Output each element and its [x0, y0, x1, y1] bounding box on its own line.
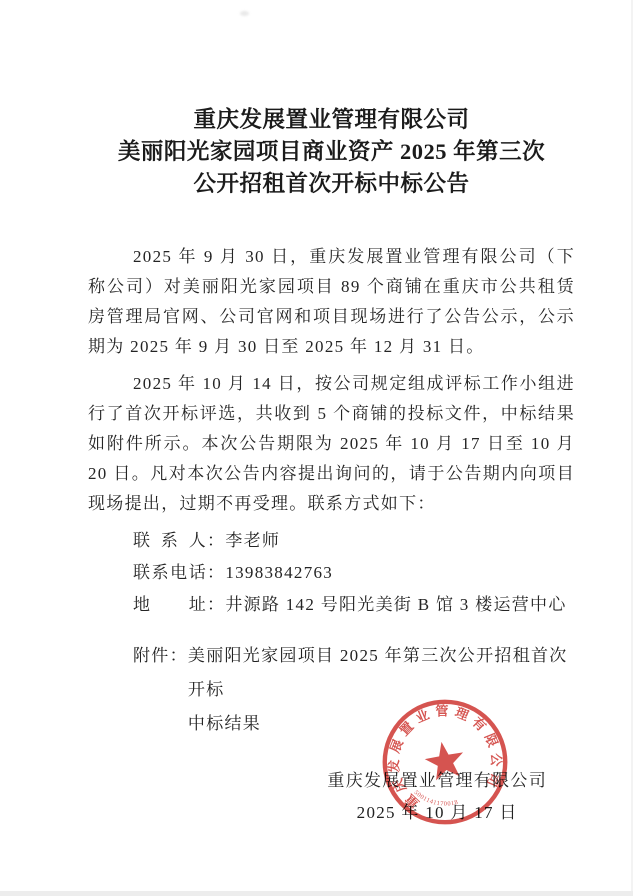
signature-date: 2025 年 10 月 17 日	[327, 797, 547, 829]
contact-phone-row: 联系电话：13983842763	[133, 557, 575, 589]
document-page: 重庆发展置业管理有限公司 美丽阳光家园项目商业资产 2025 年第三次 公开招租…	[0, 0, 633, 896]
contact-phone-value: 13983842763	[225, 563, 333, 582]
signature-company: 重庆发展置业管理有限公司	[327, 765, 547, 797]
attachment-section: 附件： 美丽阳光家园项目 2025 年第三次公开招租首次开标 中标结果	[133, 639, 575, 741]
contact-person-separator: ：	[207, 531, 225, 550]
contact-address-row: 地址：井源路 142 号阳光美街 B 馆 3 楼运营中心	[133, 589, 575, 621]
attachment-label: 附件：	[133, 639, 188, 741]
signature-block: 重庆发展置业管理有限公司 2025 年 10 月 17 日	[327, 765, 547, 829]
title-line-1: 重庆发展置业管理有限公司	[88, 104, 575, 136]
contact-address-value: 井源路 142 号阳光美街 B 馆 3 楼运营中心	[225, 595, 566, 614]
document-content: 重庆发展置业管理有限公司 美丽阳光家园项目商业资产 2025 年第三次 公开招租…	[0, 0, 633, 829]
attachment-line-1: 美丽阳光家园项目 2025 年第三次公开招租首次开标	[188, 646, 568, 699]
attachment-text: 美丽阳光家园项目 2025 年第三次公开招租首次开标 中标结果	[188, 639, 575, 741]
contact-person-row: 联系人：李老师	[133, 525, 575, 557]
title-line-2: 美丽阳光家园项目商业资产 2025 年第三次	[88, 136, 575, 168]
paragraph-announcement: 2025 年 9 月 30 日，重庆发展置业管理有限公司（下称公司）对美丽阳光家…	[88, 242, 575, 362]
contact-phone-label: 联系电话	[133, 557, 207, 589]
contact-person-value: 李老师	[225, 531, 280, 550]
document-title: 重庆发展置业管理有限公司 美丽阳光家园项目商业资产 2025 年第三次 公开招租…	[88, 104, 575, 200]
title-line-3: 公开招租首次开标中标公告	[88, 168, 575, 200]
contact-address-label: 地址	[133, 589, 207, 621]
contact-section: 联系人：李老师 联系电话：13983842763 地址：井源路 142 号阳光美…	[133, 525, 575, 621]
scan-edge-bottom	[0, 891, 633, 896]
contact-phone-separator: ：	[207, 563, 225, 582]
contact-person-label: 联系人	[133, 525, 207, 557]
paragraph-bid-result: 2025 年 10 月 14 日，按公司规定组成评标工作小组进行了首次开标评选，…	[88, 369, 575, 519]
contact-address-separator: ：	[207, 595, 225, 614]
attachment-line-2: 中标结果	[188, 714, 261, 733]
